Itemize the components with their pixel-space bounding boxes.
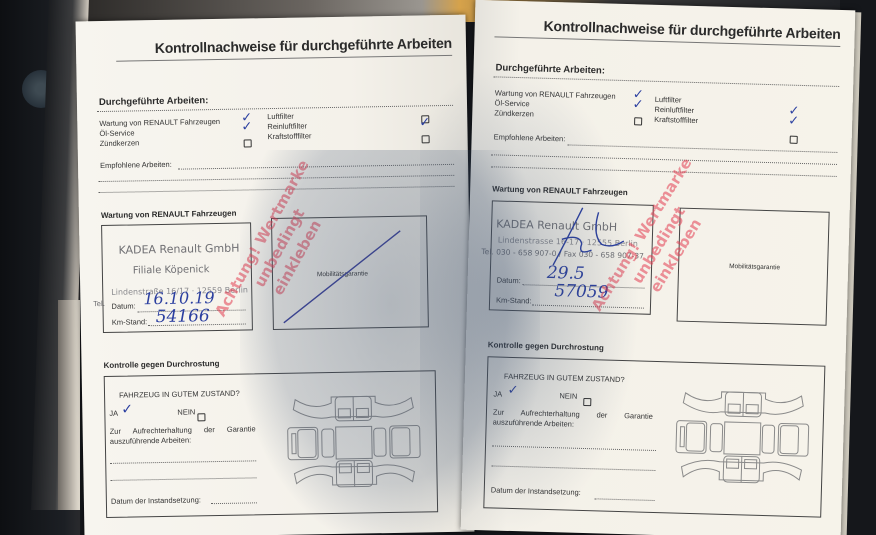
- checkbox-kraftstofffilter[interactable]: [421, 130, 429, 148]
- no-label: NEIN: [177, 407, 195, 417]
- car-body-diagram-icon: [283, 389, 425, 491]
- mobility-label: Mobilitätsgarantie: [729, 262, 780, 273]
- work-heading: Durchgeführte Arbeiten:: [99, 95, 209, 108]
- page-title: Kontrollnachweise für durchgeführte Arbe…: [155, 35, 452, 56]
- rust-check-box: FAHRZEUG IN GUTEM ZUSTAND? JA ✓ NEIN Zur…: [483, 356, 825, 517]
- checkmark-icon[interactable]: ✓: [419, 118, 430, 128]
- warranty-text: Zur Aufrechterhaltung der Garantie auszu…: [493, 407, 653, 431]
- km-label: Km-Stand:: [112, 317, 148, 328]
- checkbox-empty-icon: [244, 139, 252, 147]
- warranty-line: [110, 460, 256, 464]
- work-heading: Durchgeführte Arbeiten:: [495, 62, 605, 76]
- checkbox-empty-icon: [790, 135, 798, 143]
- checkbox-empty-icon: [197, 413, 205, 421]
- repair-date-line: [211, 502, 257, 504]
- car-body-diagram-icon: [671, 384, 814, 488]
- warranty-text: Zur Aufrechterhaltung der Garantie auszu…: [110, 424, 256, 447]
- yes-label: JA: [493, 389, 502, 399]
- date-label: Datum:: [497, 276, 521, 287]
- checkmark-icon[interactable]: ✓: [241, 122, 252, 132]
- recommended-line: [491, 166, 837, 177]
- title-divider: [116, 55, 452, 62]
- condition-question: FAHRZEUG IN GUTEM ZUSTAND?: [504, 372, 625, 385]
- maintenance-heading: Wartung von RENAULT Fahrzeugen: [101, 209, 237, 220]
- repair-date-line: [595, 498, 655, 501]
- condition-question: FAHRZEUG IN GUTEM ZUSTAND?: [119, 389, 240, 401]
- date-label: Datum:: [111, 301, 135, 311]
- warranty-line: [111, 477, 257, 481]
- checkmark-icon[interactable]: ✓: [632, 100, 643, 110]
- stamp-phone: Tel.: [93, 300, 105, 308]
- recommended-label: Empfohlene Arbeiten:: [493, 132, 565, 144]
- work-item: Zündkerzen: [100, 137, 221, 149]
- checkbox-no[interactable]: [583, 393, 591, 411]
- checkbox-zuendkerzen[interactable]: [244, 134, 252, 152]
- booklet-page-right: Kontrollnachweise für durchgeführte Arbe…: [461, 0, 856, 535]
- booklet-cover-edge-lower: [58, 300, 80, 510]
- checkmark-icon[interactable]: ✓: [121, 404, 133, 414]
- stamp-branch: Filiale Köpenick: [133, 264, 210, 276]
- work-item: Zündkerzen: [494, 108, 615, 121]
- repair-date-label: Datum der Instandsetzung:: [111, 495, 201, 507]
- filter-list: Luftfilter Reinluftfilter Kraftstofffilt…: [654, 95, 699, 126]
- checkbox-empty-icon: [634, 117, 642, 125]
- recommended-line: [98, 175, 454, 182]
- warranty-line: [492, 445, 656, 451]
- checkbox-zuendkerzen[interactable]: [634, 112, 642, 130]
- work-list: Wartung von RENAULT Fahrzeugen Öl-Servic…: [99, 117, 220, 149]
- checkmark-icon[interactable]: ✓: [788, 117, 799, 127]
- work-list: Wartung von RENAULT Fahrzeugen Öl-Servic…: [494, 88, 616, 121]
- booklet-page-left: Kontrollnachweise für durchgeführte Arbe…: [76, 15, 475, 535]
- km-label: Km-Stand:: [496, 295, 532, 306]
- checkbox-kraftstofffilter[interactable]: [789, 131, 797, 149]
- rust-heading: Kontrolle gegen Durchrostung: [488, 340, 604, 352]
- work-item: Wartung von RENAULT Fahrzeugen: [99, 117, 220, 129]
- checkbox-empty-icon: [422, 135, 430, 143]
- recommended-line: [491, 154, 837, 165]
- yes-label: JA: [109, 409, 118, 419]
- rust-check-box: FAHRZEUG IN GUTEM ZUSTAND? JA ✓ NEIN Zur…: [104, 370, 438, 518]
- checkbox-empty-icon: [583, 398, 591, 406]
- rust-heading: Kontrolle gegen Durchrostung: [103, 359, 219, 370]
- checkmark-icon[interactable]: ✓: [507, 386, 518, 396]
- recommended-label: Empfohlene Arbeiten:: [100, 160, 172, 171]
- maintenance-heading: Wartung von RENAULT Fahrzeugen: [492, 184, 628, 197]
- no-label: NEIN: [559, 391, 577, 401]
- stamp-company: KADEA Renault GmbH: [118, 242, 239, 257]
- repair-date-label: Datum der Instandsetzung:: [491, 485, 581, 498]
- checkbox-no[interactable]: [197, 408, 205, 426]
- work-divider: [493, 76, 839, 87]
- filter-item: Kraftstofffilter: [654, 115, 698, 126]
- warranty-line: [491, 465, 655, 471]
